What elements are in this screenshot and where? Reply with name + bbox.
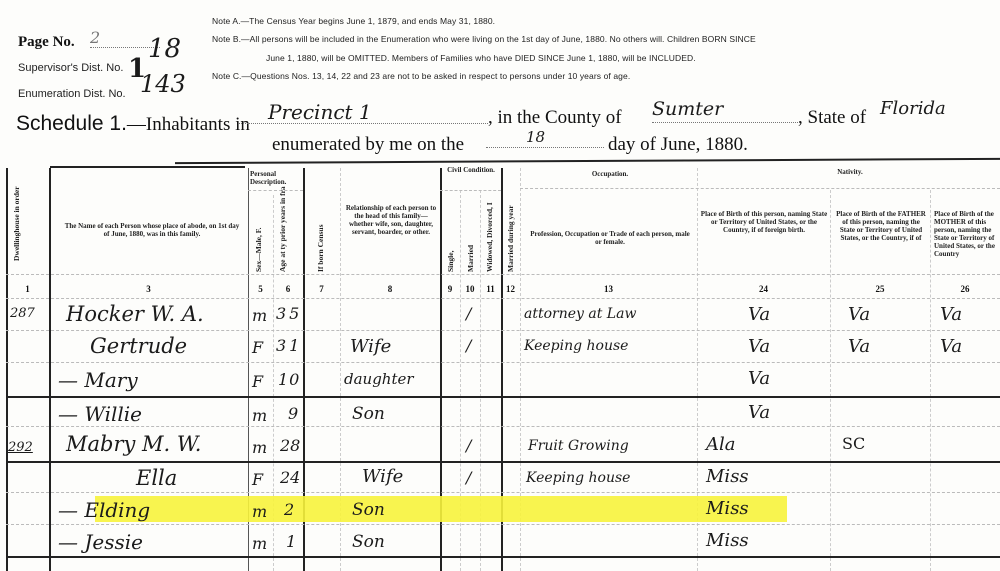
rule: [6, 298, 1000, 299]
schedule-title: Schedule 1.—Inhabitants in: [16, 112, 250, 136]
col-birthplace-header: Place of Birth of this person, naming St…: [700, 210, 828, 234]
person-age: 2: [284, 500, 294, 519]
person-birthplace: Va: [748, 336, 770, 357]
rule: [6, 492, 1000, 493]
rule: [49, 168, 51, 571]
col-widowed-header: Widowed, Divorced, I: [485, 196, 494, 272]
place-value: Precinct 1: [238, 100, 488, 124]
person-birthplace: Va: [748, 304, 770, 325]
person-name: Ella: [136, 466, 177, 490]
enumerated-label: enumerated by me on the: [272, 134, 464, 156]
person-name: — Willie: [58, 402, 142, 426]
enumeration-value: 143: [140, 70, 186, 98]
col-occupation-header: Profession, Occupation or Trade of each …: [530, 230, 690, 246]
col-dwelling-header: Dwellinghouse in order: [12, 178, 21, 270]
col-num-7: 7: [303, 284, 340, 294]
rule: [6, 274, 1000, 275]
person-relationship: Wife: [362, 466, 403, 487]
col-nativity-group: Nativity.: [700, 168, 1000, 176]
dwelling-number: 292: [8, 440, 33, 455]
col-num-24: 24: [697, 284, 830, 294]
col-father-header: Place of Birth of the FATHER of this per…: [834, 210, 928, 270]
schedule-text: —Inhabitants in: [127, 114, 250, 135]
col-sex-header: Sex—Male, F.: [254, 196, 263, 272]
person-name: — Jessie: [58, 530, 143, 554]
col-num-10: 10: [460, 284, 480, 294]
person-age: 10: [278, 370, 300, 389]
person-sex: F: [252, 372, 263, 391]
col-civil-group: Civil Condition.: [442, 166, 500, 174]
person-age: 35: [276, 304, 302, 323]
table-top-border-right: [175, 158, 1000, 164]
col-num-9: 9: [440, 284, 460, 294]
col-personal-group: Personal Description.: [250, 170, 302, 186]
person-relationship: Son: [352, 500, 385, 520]
household-divider: [6, 556, 1000, 558]
person-sex: F: [252, 338, 263, 357]
col-num-5: 5: [248, 284, 273, 294]
rule: [6, 168, 8, 571]
person-occupation: attorney at Law: [524, 306, 636, 322]
col-name-header: The Name of each Person whose place of a…: [62, 222, 242, 238]
col-num-11: 11: [480, 284, 501, 294]
person-name: — Elding: [58, 498, 150, 522]
enumeration-label: Enumeration Dist. No.: [18, 88, 126, 100]
col-num-1: 1: [6, 284, 49, 294]
person-birthplace: Miss: [706, 530, 749, 551]
person-sex: m: [252, 502, 267, 521]
person-name: Hocker W. A.: [66, 302, 204, 326]
state-value: Florida: [880, 98, 946, 119]
supervisor-label: Supervisor's Dist. No.: [18, 62, 123, 74]
col-mother-header: Place of Birth of the MOTHER of this per…: [934, 210, 1000, 270]
person-birthplace: Miss: [706, 498, 749, 519]
person-sex: m: [252, 534, 267, 553]
schedule-prefix: Schedule 1.: [16, 112, 127, 135]
person-birthplace: Va: [748, 402, 770, 423]
household-divider: [6, 461, 1000, 463]
mother-birthplace: Va: [940, 336, 962, 357]
married-mark: /: [466, 336, 471, 355]
household-divider: [6, 396, 1000, 398]
person-age: 31: [276, 336, 302, 355]
col-num-13: 13: [520, 284, 697, 294]
date-suffix: day of June, 1880.: [608, 134, 748, 156]
person-age: 28: [280, 436, 300, 455]
col-age-header: Age at ty prior years in fra: [278, 196, 287, 272]
note-b-cont: June 1, 1880, will be OMITTED. Members o…: [266, 53, 696, 63]
col-single-header: Single,: [446, 232, 455, 272]
page-no-label: Page No.: [18, 34, 75, 51]
person-birthplace: Miss: [706, 466, 749, 487]
person-name: — Mary: [58, 368, 138, 392]
person-relationship: daughter: [344, 370, 414, 388]
mother-birthplace: Va: [940, 304, 962, 325]
rule: [520, 188, 1000, 189]
dwelling-number: 287: [10, 306, 35, 321]
note-b: Note B.—All persons will be included in …: [212, 34, 756, 44]
rule: [6, 362, 1000, 363]
row-highlight: [95, 496, 787, 522]
state-label: , State of: [798, 107, 866, 129]
person-occupation: Fruit Growing: [528, 438, 629, 454]
col-num-8: 8: [340, 284, 440, 294]
person-relationship: Son: [352, 532, 385, 552]
note-c: Note C.—Questions Nos. 13, 14, 22 and 23…: [212, 71, 630, 81]
person-sex: m: [252, 406, 267, 425]
person-birthplace: Ala: [706, 434, 736, 455]
person-age: 1: [286, 532, 296, 551]
col-num-12: 12: [501, 284, 520, 294]
col-num-3: 3: [49, 284, 248, 294]
father-birthplace: Va: [848, 336, 870, 357]
col-num-26: 26: [930, 284, 1000, 294]
note-a: Note A.—The Census Year begins June 1, 1…: [212, 16, 495, 26]
person-name: Gertrude: [90, 334, 187, 358]
person-relationship: Wife: [350, 336, 391, 357]
col-born-header: If born Census: [316, 196, 325, 272]
district-stamp: 18: [148, 34, 181, 64]
person-relationship: Son: [352, 404, 385, 424]
person-occupation: Keeping house: [526, 470, 630, 486]
person-occupation: Keeping house: [524, 338, 628, 354]
col-married-header: Married: [466, 232, 475, 272]
father-birthplace: SC: [842, 434, 865, 453]
person-name: Mabry M. W.: [66, 432, 202, 456]
person-sex: F: [252, 470, 263, 489]
married-mark: /: [466, 304, 471, 323]
col-married-year-header: Married during year: [506, 196, 515, 272]
rule: [930, 190, 931, 571]
person-age: 24: [280, 468, 300, 487]
rule: [6, 524, 1000, 525]
rule: [830, 190, 831, 571]
rule: [6, 426, 1000, 427]
col-num-6: 6: [273, 284, 303, 294]
person-sex: m: [252, 306, 267, 325]
person-age: 9: [288, 404, 298, 423]
married-mark: /: [466, 436, 471, 455]
col-num-25: 25: [830, 284, 930, 294]
rule: [6, 330, 1000, 331]
person-sex: m: [252, 438, 267, 457]
table-top-border: [50, 166, 245, 168]
rule: [248, 190, 303, 191]
county-label: , in the County of: [488, 107, 622, 129]
col-occupation-group: Occupation.: [525, 170, 695, 178]
married-mark: /: [466, 468, 471, 487]
father-birthplace: Va: [848, 304, 870, 325]
day-value: 18: [486, 128, 604, 148]
person-birthplace: Va: [748, 368, 770, 389]
county-value: Sumter: [652, 98, 798, 123]
col-relationship-header: Relationship of each person to the head …: [345, 204, 437, 236]
rule: [440, 190, 501, 191]
